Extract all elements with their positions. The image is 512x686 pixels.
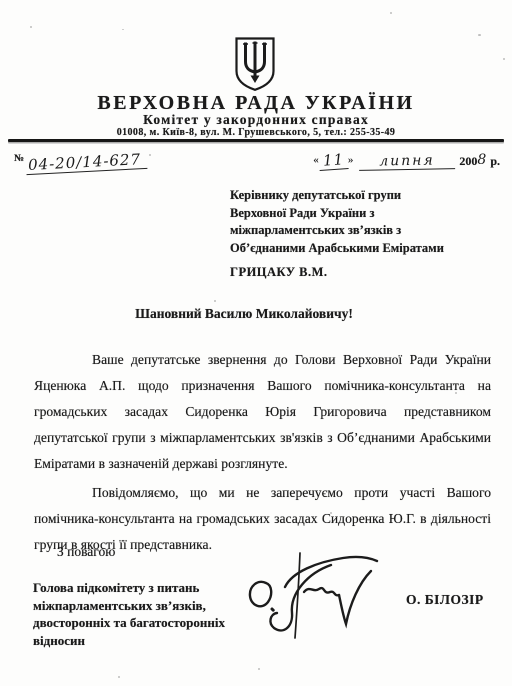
signer-title-line: міжпарламентських зв’язків, [33, 597, 263, 615]
reference-row: №04-20/14-627 «11»липня2008 р. [14, 149, 500, 177]
letter-body: Ваше депутатське звернення до Голови Вер… [34, 347, 491, 561]
date-year-suffix: р. [490, 154, 500, 168]
header-divider [8, 139, 504, 142]
scan-speckle [258, 668, 260, 670]
recipient-line: Керівнику депутатської групи [230, 187, 475, 205]
signer-title-line: двосторонніх та багатосторонніх [33, 614, 263, 632]
scan-speckle [122, 29, 124, 30]
address-line: 01008, м. Київ-8, вул. М. Грушевського, … [0, 127, 512, 138]
recipient-block: Керівнику депутатської групи Верховної Р… [230, 187, 475, 282]
body-paragraph: Ваше депутатське звернення до Голови Вер… [34, 347, 491, 477]
scan-speckle [214, 300, 216, 302]
recipient-name: ГРИЦАКУ В.М. [230, 264, 475, 282]
date-month: липня [359, 152, 455, 171]
reference-number: №04-20/14-627 [14, 153, 147, 172]
signer-title-line: Голова підкомітету з питань [33, 579, 263, 597]
tryzub-emblem-icon [232, 36, 278, 93]
valediction: З повагою [57, 544, 115, 560]
signer-name: О. БІЛОЗІР [406, 592, 484, 608]
scan-speckle [390, 12, 392, 14]
reference-number-value: 04-20/14-627 [26, 150, 148, 175]
signer-title-line: відносин [33, 632, 263, 650]
date-year-handwritten: 8 [477, 152, 487, 168]
recipient-line: Верховної Ради України з [230, 205, 475, 223]
date-day: 11 [318, 150, 348, 171]
scan-speckle [455, 392, 457, 394]
scan-speckle [503, 58, 505, 60]
date-field: «11»липня2008 р. [313, 151, 500, 170]
salutation: Шановний Василю Миколайовичу! [0, 306, 488, 322]
scan-speckle [149, 154, 151, 156]
date-year-printed: 200 [459, 154, 477, 168]
handwritten-signature-icon [238, 546, 396, 654]
scanned-letter-page: ВЕРХОВНА РАДА УКРАЇНИ Комітет у закордон… [0, 0, 512, 686]
date-close-quote: » [348, 154, 354, 166]
signer-title-block: Голова підкомітету з питань міжпарламент… [33, 579, 263, 649]
recipient-line: Об’єднаними Арабськими Еміратами [230, 240, 475, 258]
scan-speckle [30, 26, 32, 28]
recipient-line: міжпарламентських зв’язків з [230, 222, 475, 240]
scan-speckle [478, 34, 481, 36]
reference-number-label: № [14, 153, 24, 164]
scan-speckle [118, 676, 120, 678]
scan-speckle [330, 512, 332, 514]
committee-subtitle: Комітет у закордонних справах [0, 112, 512, 128]
